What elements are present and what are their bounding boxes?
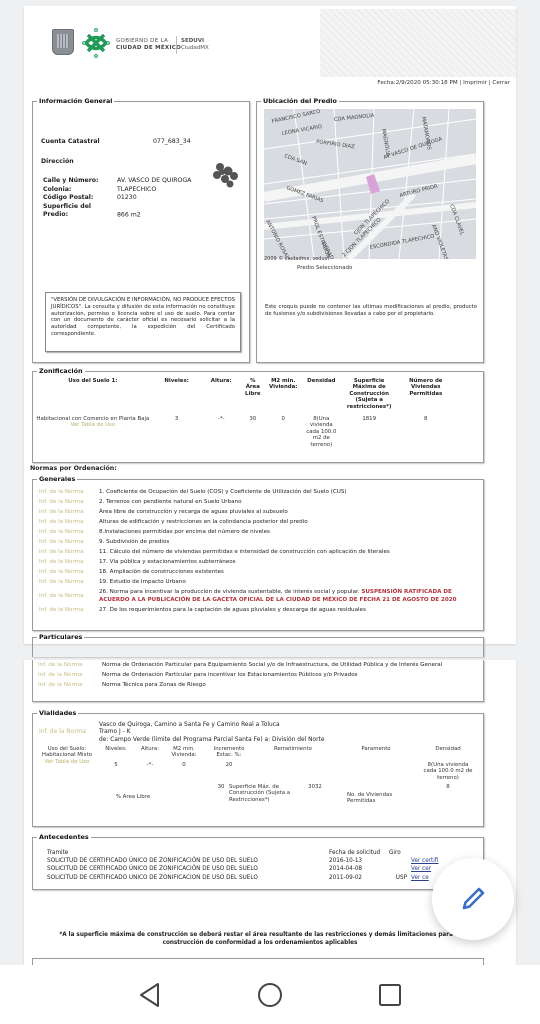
roads-legend: Vialidades [37, 709, 78, 717]
history-table: Tramite Fecha de solicitud Giro SOLICITU… [47, 849, 477, 882]
road-niveles-label: Niveles: [101, 746, 131, 752]
history-row: SOLICITUD DE CERTIFICADO ÚNICO DE ZONIFI… [47, 865, 477, 873]
norm-text: 19. Estudio de Impacto Urbano [99, 577, 186, 587]
norm-row: Inf. de la Norma19. Estudio de Impacto U… [39, 577, 479, 587]
road-name: Vasco de Quiroga, Camino a Santa Fe y Ca… [99, 722, 324, 729]
property-location-panel: Ubicación del Predio FRANCISCO SARCOLEON… [256, 101, 484, 363]
zoning-table: Uso del Suelo 1: Niveles: Altura: % Área… [33, 378, 453, 448]
road-m2-label: M2 min. Vivienda: [169, 746, 199, 759]
norm-text: 9. Subdivisión de predios [99, 537, 169, 547]
m2-min-value: 0 [264, 410, 303, 448]
niveles-value: 3 [153, 410, 201, 448]
norm-info-link[interactable]: Inf. de la Norma [39, 497, 99, 507]
road-section: Tramo J - K [99, 729, 324, 736]
cuenta-label: Cuenta Catastral [41, 138, 151, 145]
close-link[interactable]: Cerrar [492, 80, 510, 86]
home-button[interactable] [256, 981, 284, 1009]
redaction-blob-icon [211, 162, 239, 188]
particular-norms-panel: Particulares [32, 637, 484, 657]
norm-text: 26. Norma para incentivar la producción … [99, 588, 479, 604]
history-panel: Antecedentes Tramite Fecha de solicitud … [32, 837, 484, 890]
fecha-cell: 2011-09-02 [329, 874, 389, 882]
header-pattern [320, 9, 516, 77]
particular-norms-list: Inf. de la NormaNorma de Ordenación Part… [38, 662, 478, 692]
norm-row: Inf. de la Norma8.Instalaciones permitid… [39, 527, 479, 537]
view-certificate-link[interactable]: Ver cer [411, 866, 431, 872]
road-sup-max-value: 3032 [303, 784, 327, 790]
norm-row: Inf. de la Norma17. Vía pública y estaci… [39, 557, 479, 567]
norm-info-link[interactable]: Inf. de la Norma [39, 517, 99, 527]
norm-info-link[interactable]: Inf. de la Norma [39, 605, 99, 615]
norm-info-link[interactable]: Inf. de la Norma [38, 672, 102, 680]
general-norms-list: Inf. de la Norma1. Coeficiente de Ocupac… [39, 487, 479, 615]
norm-info-link[interactable]: Inf. de la Norma [39, 592, 99, 600]
norm-info-link[interactable]: Inf. de la Norma [39, 537, 99, 547]
norm-text: 2. Terrenos con pendiente natural en Sue… [99, 497, 242, 507]
view-certificate-link[interactable]: Ver certifi [411, 858, 438, 864]
norm-text: 27. De los requerimientos para la captac… [99, 605, 366, 615]
superficie-value: 866 m2 [117, 211, 141, 218]
norm-text: Norma de Ordenación Particular para Equi… [102, 662, 442, 670]
gov-line-2: CIUDAD DE MÉXICO [116, 45, 181, 52]
road-densidad-label: Densidad [421, 746, 475, 752]
area-libre-value: 30 [242, 410, 264, 448]
view-certificate-link[interactable]: Ver ce [411, 875, 429, 881]
fecha-cell: 2014-04-08 [329, 865, 389, 873]
particular-norm-row: Inf. de la NormaNorma de Ordenación Part… [38, 662, 478, 670]
road-remetimiento-label: Remetimiento [265, 746, 321, 752]
norm-text: 8.Instalaciones permitidas por encima de… [99, 527, 270, 537]
header-fecha: Fecha de solicitud [329, 849, 389, 857]
header-sup-max: Superficie Máxima de Construcción (Sujet… [340, 378, 399, 410]
general-info-legend: Información General [37, 97, 114, 105]
roads-panel: Vialidades Inf. de la Norma Vasco de Qui… [32, 713, 484, 827]
road-range: de: Campo Verde (limite del Programa Par… [99, 737, 324, 744]
norm-info-link[interactable]: Inf. de la Norma [39, 507, 99, 517]
road-niveles-value: 5 [101, 762, 131, 768]
tramite-cell: SOLICITUD DE CERTIFICADO UNICO DE ZONIFI… [47, 874, 329, 882]
back-button[interactable] [136, 981, 164, 1009]
certificate-cell: Ver certifi [411, 857, 438, 865]
zoning-header-row: Uso del Suelo 1: Niveles: Altura: % Área… [33, 378, 453, 410]
cuenta-value: 077_683_34 [153, 138, 191, 145]
norm-row: Inf. de la Norma18. Ampliación de constr… [39, 567, 479, 577]
norm-info-link[interactable]: Inf. de la Norma [39, 527, 99, 537]
history-row: SOLICITUD DE CERTIFICADO UNICO DE ZONIFI… [47, 874, 477, 882]
giro-cell [389, 857, 411, 865]
header-giro: Giro [389, 849, 411, 857]
superficie-label: Superficie del Predio: [43, 203, 117, 220]
system-nav-bar [0, 965, 540, 1024]
road-m2-value: 0 [169, 762, 199, 768]
calle-label: Calle y Número: [43, 177, 117, 186]
header-densidad: Densidad [303, 378, 340, 410]
road-incremento-label: Incremento Estac. %: [205, 746, 253, 759]
header-niveles: Niveles: [153, 378, 201, 410]
road-sup-max-label: Superficie Máx. de Construcción (Sujeta … [229, 784, 291, 803]
road-norm: Inf. de la Norma Vasco de Quiroga, Camin… [39, 722, 324, 744]
altura-value: -*- [201, 410, 242, 448]
road-uso-value: Habitacional Mixto [39, 752, 95, 758]
header-num-viviendas: Número de Viviendas Permitidas [399, 378, 453, 410]
calle-value: AV. VASCO DE QUIROGA [117, 177, 191, 184]
header-m2-min: M2 min. Vivienda: [264, 378, 303, 410]
government-name: GOBIERNO DE LA CIUDAD DE MÉXICO [116, 38, 181, 52]
cp-label: Código Postal: [43, 194, 117, 203]
back-icon [138, 982, 162, 1008]
certificate-cell: Ver cer [411, 865, 431, 873]
seduvi-line-1: SEDUVI [181, 38, 209, 45]
cdmx-logo-icon [82, 28, 110, 58]
history-legend: Antecedentes [37, 833, 91, 841]
selected-property-label: Predio Seleccionado [297, 265, 352, 271]
recents-icon [378, 983, 402, 1007]
header-uso: Uso del Suelo 1: [33, 378, 153, 410]
header-altura: Altura: [201, 378, 242, 410]
page-header: GOBIERNO DE LA CIUDAD DE MÉXICO SEDUVI C… [24, 6, 516, 76]
norm-info-link[interactable]: Inf. de la Norma [38, 682, 102, 690]
separator: | [489, 80, 491, 86]
road-num-viv-label: No. de Viviendas Permitidas [347, 792, 407, 805]
norm-info-link[interactable]: Inf. de la Norma [39, 567, 99, 577]
norm-row: Inf. de la NormaÁrea libre de construcci… [39, 507, 479, 517]
norm-row: Inf. de la Norma2. Terrenos con pendient… [39, 497, 479, 507]
particular-norm-row: Inf. de la NormaNorma de Ordenación Part… [38, 672, 478, 680]
footnote: *A la superficie máxima de construcción … [44, 932, 476, 947]
giro-cell: USP [389, 874, 411, 882]
norm-info-link[interactable]: Inf. de la Norma [39, 487, 99, 497]
map-credit: 2009 © ciudadmx, seduvi [264, 256, 329, 262]
giro-cell [389, 865, 411, 873]
norm-row: Inf. de la Norma11. Cálculo del número d… [39, 547, 479, 557]
road-altura-label: Altura: [137, 746, 163, 752]
norm-text: Norma Técnica para Zonas de Riesgo [102, 682, 206, 690]
tramite-cell: SOLICITUD DE CERTIFICADO ÚNICO DE ZONIFI… [47, 857, 329, 865]
location-legend: Ubicación del Predio [261, 97, 339, 105]
location-map[interactable]: FRANCISCO SARCOLEONA VICARIOCDA MAGNOLIA… [264, 109, 476, 259]
history-header-row: Tramite Fecha de solicitud Giro [47, 849, 477, 857]
tramite-cell: SOLICITUD DE CERTIFICADO ÚNICO DE ZONIFI… [47, 865, 329, 873]
general-norms-panel: Generales Inf. de la Norma1. Coeficiente… [32, 479, 484, 631]
norm-row: Inf. de la Norma9. Subdivisión de predio… [39, 537, 479, 547]
fecha-cell: 2016-10-13 [329, 857, 389, 865]
norm-row: Inf. de la NormaAlturas de edificación y… [39, 517, 479, 527]
header-area-libre: % Área Libre [242, 378, 264, 410]
colonia-label: Colonia: [43, 186, 117, 195]
recents-button[interactable] [376, 981, 404, 1009]
road-num-viv-value: 8 [441, 784, 455, 790]
separator: | [459, 80, 461, 86]
road-area-libre-label: % Area Libre [103, 794, 163, 800]
edit-fab-button[interactable] [432, 858, 514, 940]
norm-row: Inf. de la Norma26. Norma para incentiva… [39, 588, 479, 604]
print-date: Fecha:2/9/2020 05:30:18 PM [377, 80, 457, 86]
cp-value: 01230 [117, 194, 137, 201]
densidad-value: 8(Una vivienda cada 100.0 m2 de terreno) [303, 410, 340, 448]
coat-of-arms-icon [52, 29, 74, 55]
general-info-panel: Información General Cuenta Catastral 077… [32, 101, 250, 363]
colonia-value: TLAPECHICO [117, 186, 156, 193]
norm-info-link[interactable]: Inf. de la Norma [39, 577, 99, 587]
road-densidad-value: 8(Una vivienda cada 100.0 m2 de terreno) [421, 762, 475, 781]
date-toolbar: Fecha:2/9/2020 05:30:18 PM | Imprimir | … [377, 80, 510, 86]
num-viviendas-value: 8 [399, 410, 453, 448]
road-area-libre-value: 30 [213, 784, 229, 790]
pencil-icon [458, 884, 488, 914]
suspension-alert: SUSPENSIÓN RATIFICADA DE ACUERDO A LA PU… [99, 589, 457, 603]
road-norm-info-link[interactable]: Inf. de la Norma [39, 729, 99, 736]
particular-norms-legend: Particulares [37, 633, 84, 641]
norm-info-link[interactable]: Inf. de la Norma [38, 662, 102, 670]
zoning-data-row: Habitacional con Comercio en Planta Baja… [33, 410, 453, 448]
address-block: Calle y Número:AV. VASCO DE QUIROGA Colo… [43, 177, 191, 220]
gov-line-1: GOBIERNO DE LA [116, 38, 181, 45]
document-page-1: GOBIERNO DE LA CIUDAD DE MÉXICO SEDUVI C… [24, 6, 516, 644]
norm-text: 11. Cálculo del número de viviendas perm… [99, 547, 390, 557]
road-paramento-label: Paramento [351, 746, 401, 752]
norm-info-link[interactable]: Inf. de la Norma [39, 557, 99, 567]
sup-max-value: 1819 [340, 410, 399, 448]
header-tramite: Tramite [47, 849, 329, 857]
logo-divider [176, 36, 177, 54]
direccion-heading: Dirección [41, 158, 74, 165]
general-norms-legend: Generales [37, 475, 77, 483]
normas-heading: Normas por Ordenación: [30, 465, 117, 472]
zoning-legend: Zonificación [37, 367, 85, 375]
norm-row: Inf. de la Norma27. De los requerimiento… [39, 605, 479, 615]
road-altura-value: -*- [137, 762, 163, 768]
print-link[interactable]: Imprimir [463, 80, 487, 86]
seduvi-brand: SEDUVI CiudadMX [181, 38, 209, 52]
legal-disclaimer: "VERSIÓN DE DIVULGACIÓN E INFORMACIÓN, N… [45, 292, 241, 352]
norm-text: 18. Ampliación de construcciones existen… [99, 567, 224, 577]
norm-info-link[interactable]: Inf. de la Norma [39, 547, 99, 557]
norm-text: 1. Coeficiente de Ocupación del Suelo (C… [99, 487, 347, 497]
particular-norm-row: Inf. de la NormaNorma Técnica para Zonas… [38, 682, 478, 690]
seduvi-line-2: CiudadMX [181, 45, 209, 52]
norm-text: Alturas de edificación y restricciones e… [99, 517, 308, 527]
road-ver-tabla-link[interactable]: Ver Tabla de Uso [39, 759, 95, 765]
ver-tabla-uso-link[interactable]: Ver Tabla de Uso [35, 422, 151, 428]
norm-text: 17. Vía pública y estacionamientos subte… [99, 557, 236, 567]
cuenta-catastral-row: Cuenta Catastral 077_683_34 [41, 138, 191, 145]
certificate-cell: Ver ce [411, 874, 429, 882]
home-icon [257, 982, 283, 1008]
history-row: SOLICITUD DE CERTIFICADO ÚNICO DE ZONIFI… [47, 857, 477, 865]
norm-row: Inf. de la Norma1. Coeficiente de Ocupac… [39, 487, 479, 497]
norm-text: Norma de Ordenación Particular para ince… [102, 672, 358, 680]
norm-text: Área libre de construcción y recarga de … [99, 507, 288, 517]
sketch-note: Este croquis puede no contener las ultim… [265, 304, 477, 318]
zoning-panel: Zonificación Uso del Suelo 1: Niveles: A… [32, 371, 484, 463]
road-incremento-value: 20 [205, 762, 253, 768]
